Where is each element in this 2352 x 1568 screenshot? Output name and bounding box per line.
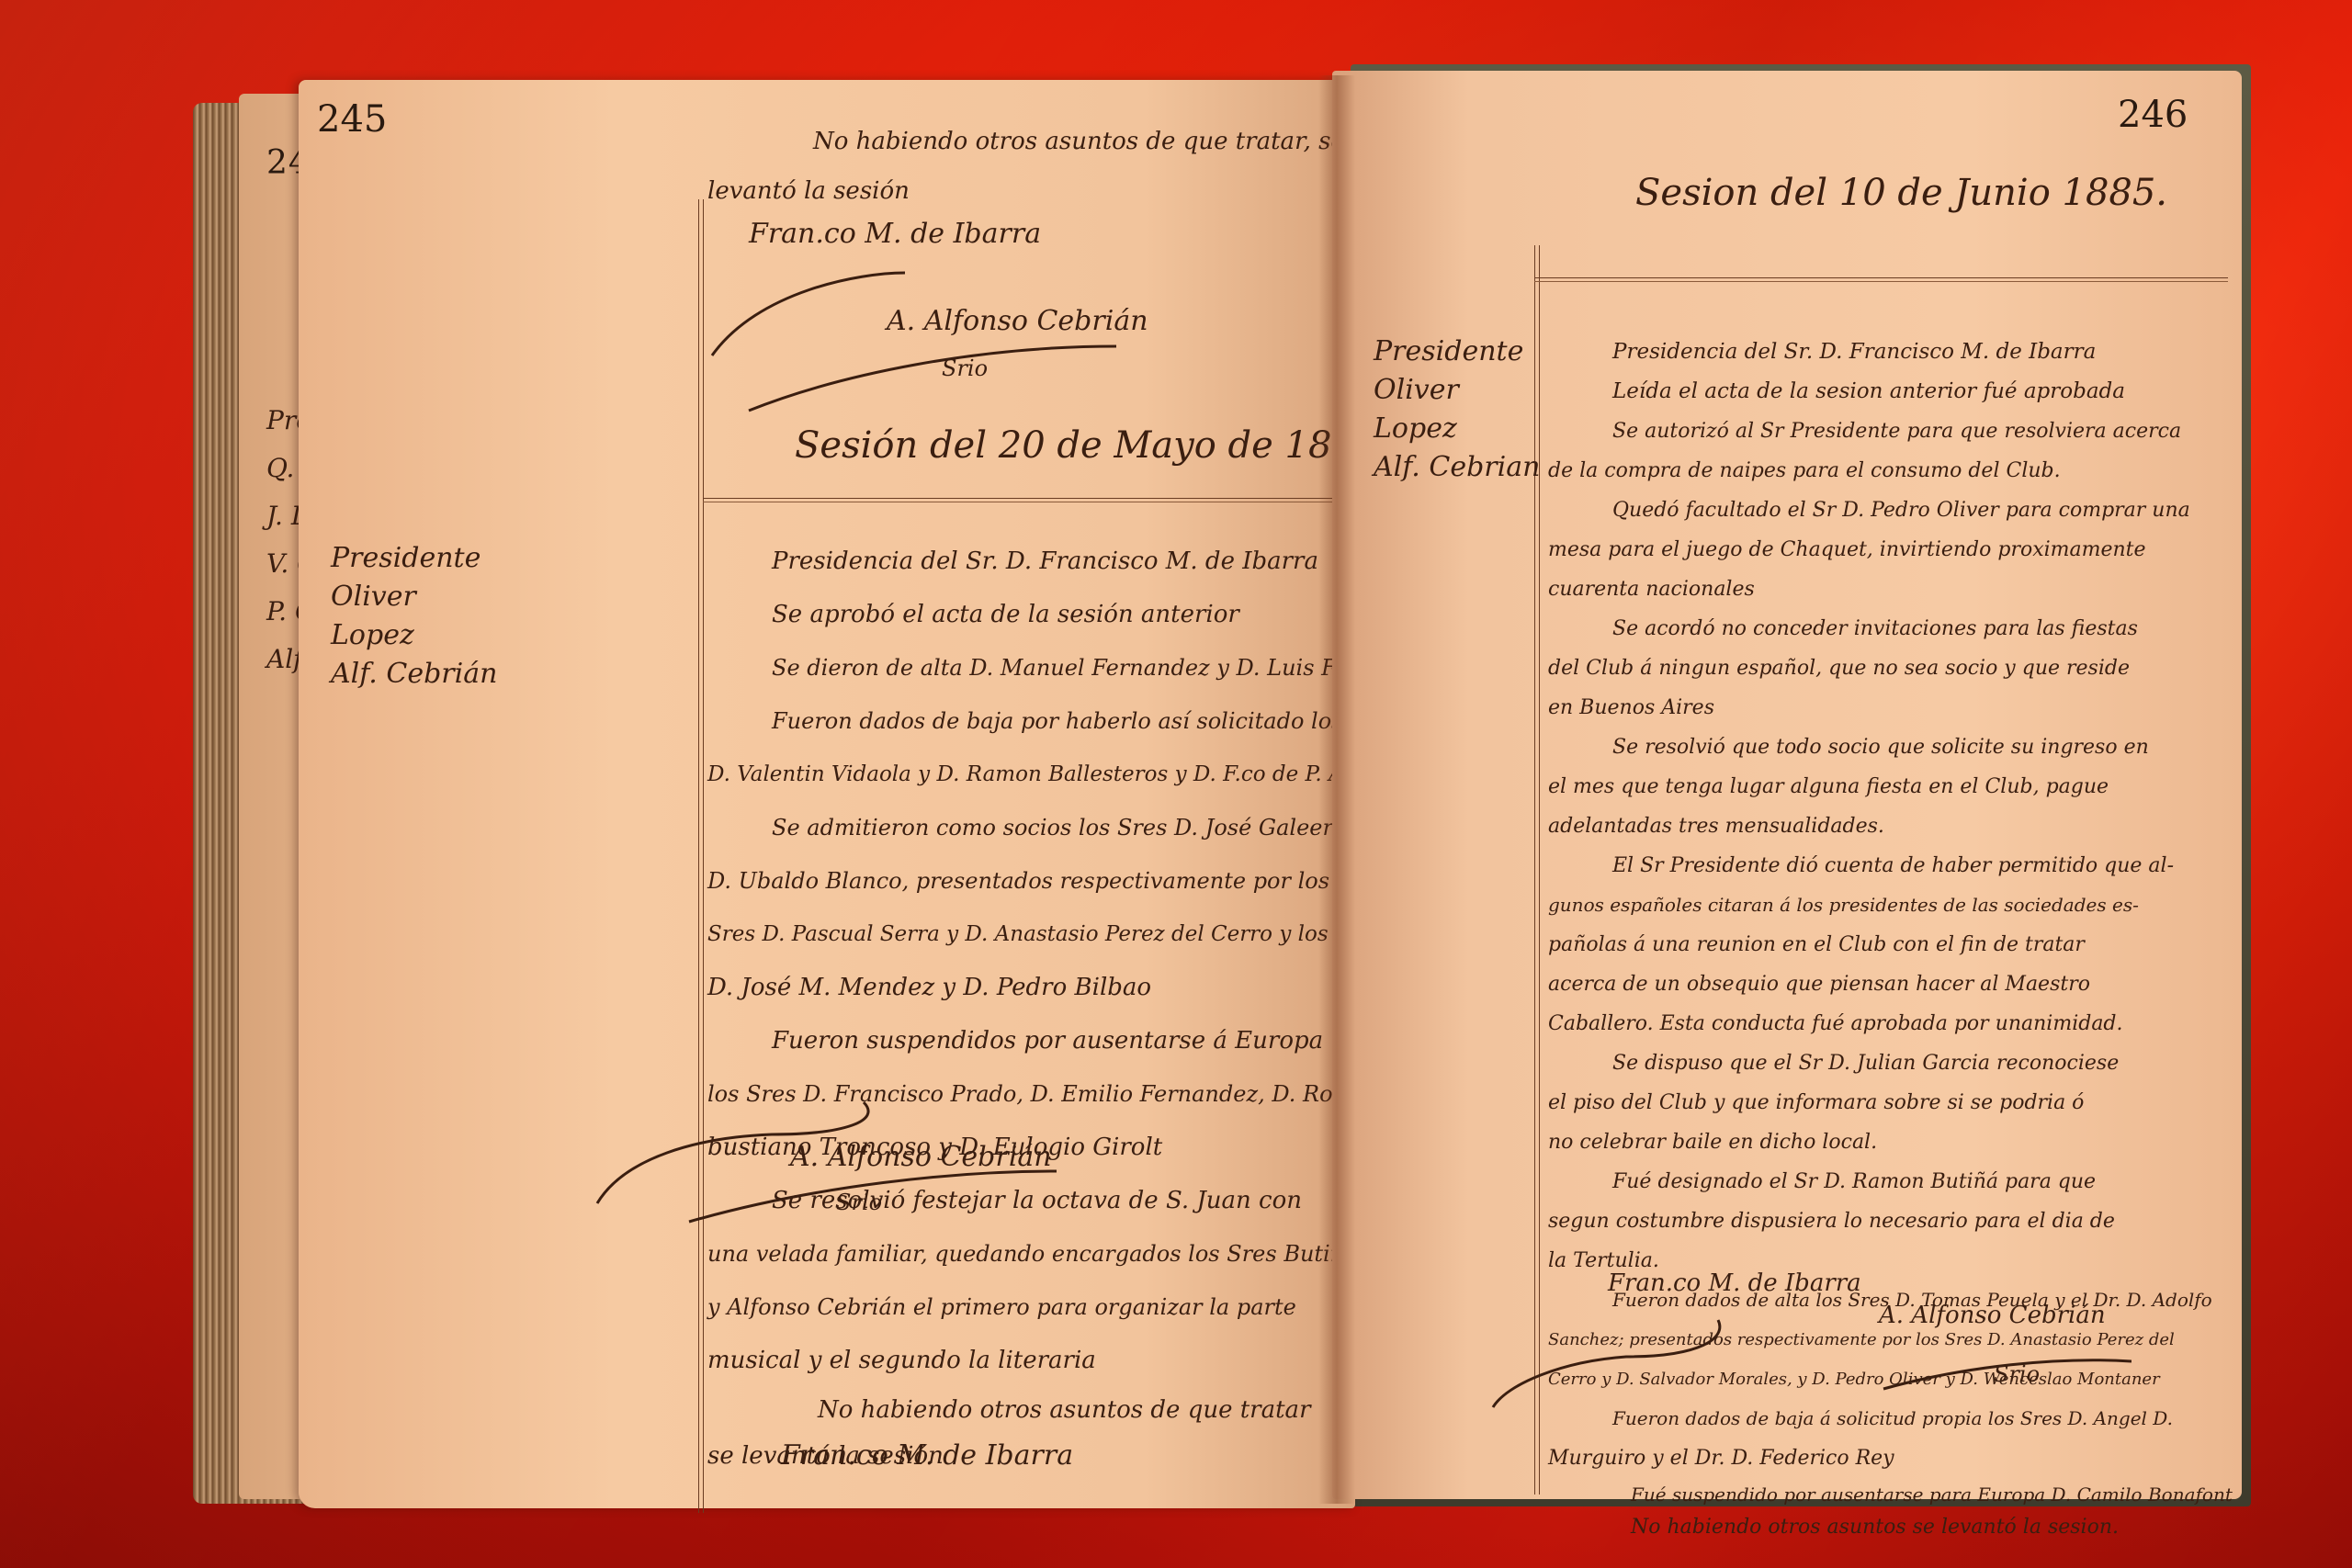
page-number-245: 245 — [317, 98, 387, 141]
minute-line: Leída el acta de la sesion anterior fué … — [1548, 372, 2228, 412]
attendees-list: Presidente Oliver Lopez Alf. Cebrian — [1374, 333, 1540, 487]
minute-line: gunos españoles citaran á los presidente… — [1548, 886, 2228, 925]
open-ledger-book: 241 Pres Q. Bu J. Lo V. Ca P. Oli Alf. 2… — [188, 57, 2063, 1504]
book-gutter — [1318, 75, 1355, 1504]
minute-line: Se dispuso que el Sr D. Julian Garcia re… — [1548, 1043, 2228, 1083]
minute-line: El Sr Presidente dió cuenta de haber per… — [1548, 846, 2228, 886]
header-rule — [1534, 277, 2228, 282]
minute-line: D. Ubaldo Blanco, presentados respectiva… — [707, 854, 1351, 908]
minute-line: el piso del Club y que informara sobre s… — [1548, 1083, 2228, 1122]
signature-flourish-icon — [588, 1084, 1066, 1231]
president-signature: Fran.co M. de Ibarra — [1608, 1269, 1861, 1297]
minute-line: Fué suspendido por ausentarse para Europ… — [1548, 1478, 2228, 1511]
minute-line: y Alfonso Cebrián el primero para organi… — [707, 1280, 1351, 1334]
minute-line: D. José M. Mendez y D. Pedro Bilbao — [707, 961, 1351, 1014]
minute-line: No habiendo otros asuntos de que tratar — [707, 1387, 1351, 1433]
minute-line: Se dieron de alta D. Manuel Fernandez y … — [707, 641, 1351, 694]
minute-line: Se autorizó al Sr Presidente para que re… — [1548, 412, 2228, 451]
page-number-246: 246 — [2118, 94, 2188, 136]
attendees-list: Presidente Oliver Lopez Alf. Cebrián — [331, 539, 497, 694]
attendee: Alf. Cebrián — [331, 655, 497, 694]
session-title: Sesion del 10 de Junio 1885. — [1635, 172, 2167, 214]
attendee: Presidente — [331, 539, 497, 578]
minute-line: Murguiro y el Dr. D. Federico Rey — [1548, 1438, 2228, 1478]
attendee: Lopez — [331, 616, 497, 655]
minute-line: Se aprobó el acta de la sesión anterior — [707, 588, 1351, 641]
minute-line: Presidencia del Sr. D. Francisco M. de I… — [1548, 333, 2228, 372]
minute-line: segun costumbre dispusiera lo necesario … — [1548, 1201, 2228, 1241]
secretary-role: Srio — [1994, 1361, 2040, 1387]
minute-line: pañolas á una reunion en el Club con el … — [1548, 925, 2228, 964]
minute-line: Fueron suspendidos por ausentarse á Euro… — [707, 1014, 1351, 1067]
minute-line: de la compra de naipes para el consumo d… — [1548, 451, 2228, 491]
minute-line: Fueron dados de baja por haberlo así sol… — [707, 694, 1351, 748]
minute-line: musical y el segundo la literaria — [707, 1334, 1351, 1387]
minute-line: Fué designado el Sr D. Ramon Butiñá para… — [1548, 1162, 2228, 1201]
minute-line: Se resolvió que todo socio que solicite … — [1548, 728, 2228, 767]
minute-line: Quedó facultado el Sr D. Pedro Oliver pa… — [1548, 491, 2228, 530]
attendee: Lopez — [1374, 410, 1540, 448]
minute-line: cuarenta nacionales — [1548, 570, 2228, 609]
minute-line: D. Valentin Vidaola y D. Ramon Ballester… — [707, 748, 1351, 801]
continuation-line-1: No habiendo otros asuntos de que tratar,… — [813, 115, 1345, 168]
minute-line: no celebrar baile en dicho local. — [1548, 1122, 2228, 1162]
minute-line: No habiendo otros asuntos se levantó la … — [1548, 1511, 2228, 1544]
session-body: Presidencia del Sr. D. Francisco M. de I… — [707, 535, 1351, 1479]
signature-flourish-icon — [1488, 1302, 2131, 1412]
attendee: Alf. Cebrian — [1374, 448, 1540, 487]
session-title: Sesión del 20 de Mayo de 1885 — [795, 424, 1378, 467]
header-rule — [703, 498, 1346, 502]
continuation-line-2: levantó la sesión — [707, 164, 910, 218]
minute-line: una velada familiar, quedando encargados… — [707, 1227, 1351, 1280]
attendee: Oliver — [331, 578, 497, 616]
minute-line: en Buenos Aires — [1548, 688, 2228, 728]
minute-line: Se admitieron como socios los Sres D. Jo… — [707, 801, 1351, 854]
president-signature: Fran.co M. de Ibarra — [781, 1439, 1073, 1472]
page-245: 245 No habiendo otros asuntos de que tra… — [299, 80, 1355, 1508]
minute-line: el mes que tenga lugar alguna fiesta en … — [1548, 767, 2228, 807]
secretary-signature: A. Alfonso Cebrián — [887, 305, 1148, 337]
minute-line: del Club á ningun español, que no sea so… — [1548, 649, 2228, 688]
minute-line: adelantadas tres mensualidades. — [1548, 807, 2228, 846]
secretary-role: Srio — [942, 355, 988, 381]
page-246: 246 Sesion del 10 de Junio 1885. Preside… — [1332, 71, 2242, 1499]
attendee: Presidente — [1374, 333, 1540, 371]
minute-line: acerca de un obsequio que piensan hacer … — [1548, 964, 2228, 1004]
minute-line: Se acordó no conceder invitaciones para … — [1548, 609, 2228, 649]
minute-line: Presidencia del Sr. D. Francisco M. de I… — [707, 535, 1351, 588]
minute-line: mesa para el juego de Chaquet, invirtien… — [1548, 530, 2228, 570]
attendee: Oliver — [1374, 371, 1540, 410]
minute-line: Sres D. Pascual Serra y D. Anastasio Per… — [707, 908, 1351, 961]
minute-line: Caballero. Esta conducta fué aprobada po… — [1548, 1004, 2228, 1043]
